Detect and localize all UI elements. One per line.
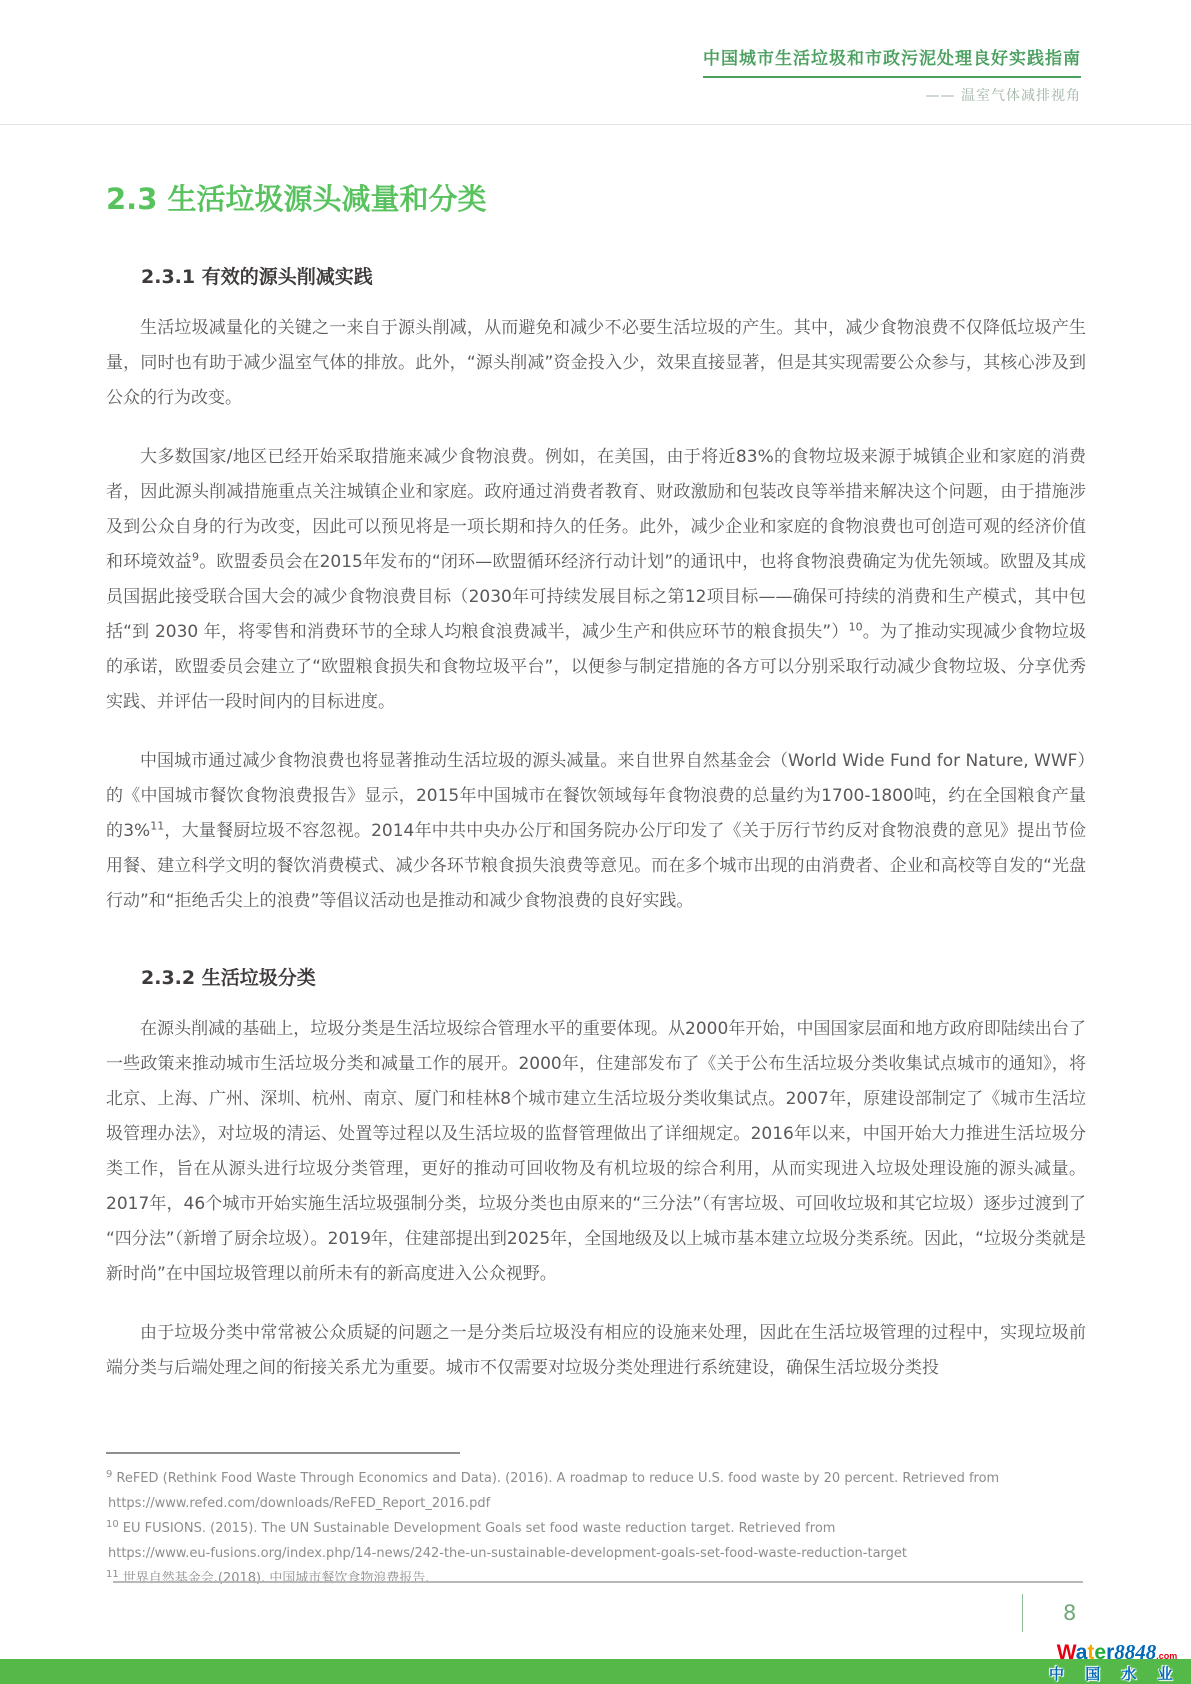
logo-chinese-text: 中 国 水 业 网 bbox=[1049, 1667, 1185, 1682]
footnote-marker: 11 bbox=[106, 1569, 119, 1580]
paragraph: 中国城市通过减少食物浪费也将显著推动生活垃圾的源头减量。来自世界自然基金会（Wo… bbox=[106, 744, 1086, 919]
logo-tld: .com bbox=[1156, 1651, 1177, 1661]
logo-letter: a bbox=[1076, 1641, 1088, 1664]
document-page: 中国城市生活垃圾和市政污泥处理良好实践指南 —— 温室气体减排视角 2.3 生活… bbox=[0, 0, 1191, 1684]
footnote-marker: 9 bbox=[106, 1469, 112, 1480]
paragraph: 生活垃圾减量化的关键之一来自于源头削减，从而避免和减少不必要生活垃圾的产生。其中… bbox=[106, 311, 1086, 416]
footnote-11: 11世界自然基金会.(2018). 中国城市餐饮食物浪费报告. bbox=[106, 1566, 1083, 1591]
footnote-10: 10EU FUSIONS. (2015). The UN Sustainable… bbox=[106, 1516, 1083, 1566]
footnote-url[interactable]: https://www.refed.com/downloads/ReFED_Re… bbox=[106, 1491, 1083, 1516]
footnote-text: 世界自然基金会.(2018). 中国城市餐饮食物浪费报告. bbox=[123, 1571, 430, 1586]
water8848-watermark: Water8848.com 中 国 水 业 网 bbox=[1049, 1642, 1185, 1682]
page-number-tick bbox=[1022, 1594, 1023, 1632]
report-title: 中国城市生活垃圾和市政污泥处理良好实践指南 bbox=[703, 44, 1081, 78]
page-header: 中国城市生活垃圾和市政污泥处理良好实践指南 —— 温室气体减排视角 bbox=[0, 0, 1191, 125]
paragraph: 在源头削减的基础上，垃圾分类是生活垃圾综合管理水平的重要体现。从2000年开始，… bbox=[106, 1012, 1086, 1292]
page-number-block: 8 bbox=[1022, 1594, 1076, 1632]
footnote-text: EU FUSIONS. (2015). The UN Sustainable D… bbox=[123, 1521, 836, 1536]
page-body: 2.3 生活垃圾源头减量和分类 2.3.1 有效的源头削减实践 生活垃圾减量化的… bbox=[0, 177, 1191, 1386]
footnote-text: ReFED (Rethink Food Waste Through Econom… bbox=[116, 1471, 999, 1486]
footnote-separator bbox=[106, 1452, 460, 1454]
paragraph: 大多数国家/地区已经开始采取措施来减少食物浪费。例如，在美国，由于将近83%的食… bbox=[106, 440, 1086, 720]
footnote-url[interactable]: https://www.eu-fusions.org/index.php/14-… bbox=[106, 1541, 1083, 1566]
report-subtitle: —— 温室气体减排视角 bbox=[0, 85, 1081, 105]
footnote-9: 9ReFED (Rethink Food Waste Through Econo… bbox=[106, 1466, 1083, 1516]
footnote-marker: 10 bbox=[106, 1519, 119, 1530]
subsection-title-2-3-2: 2.3.2 生活垃圾分类 bbox=[141, 963, 1086, 990]
logo-number: 8848 bbox=[1114, 1640, 1156, 1664]
logo-letter: W bbox=[1057, 1641, 1076, 1664]
footer-green-bar bbox=[0, 1659, 1191, 1684]
footer-divider bbox=[113, 1581, 1083, 1583]
paragraph: 由于垃圾分类中常常被公众质疑的问题之一是分类后垃圾没有相应的设施来处理，因此在生… bbox=[106, 1316, 1086, 1386]
water8848-logo: Water8848.com bbox=[1049, 1642, 1185, 1663]
section-title: 2.3 生活垃圾源头减量和分类 bbox=[106, 177, 1086, 218]
footnotes-block: 9ReFED (Rethink Food Waste Through Econo… bbox=[106, 1452, 1083, 1591]
logo-letter: e bbox=[1094, 1641, 1106, 1664]
subsection-title-2-3-1: 2.3.1 有效的源头削减实践 bbox=[141, 262, 1086, 289]
page-number: 8 bbox=[1063, 1601, 1076, 1625]
